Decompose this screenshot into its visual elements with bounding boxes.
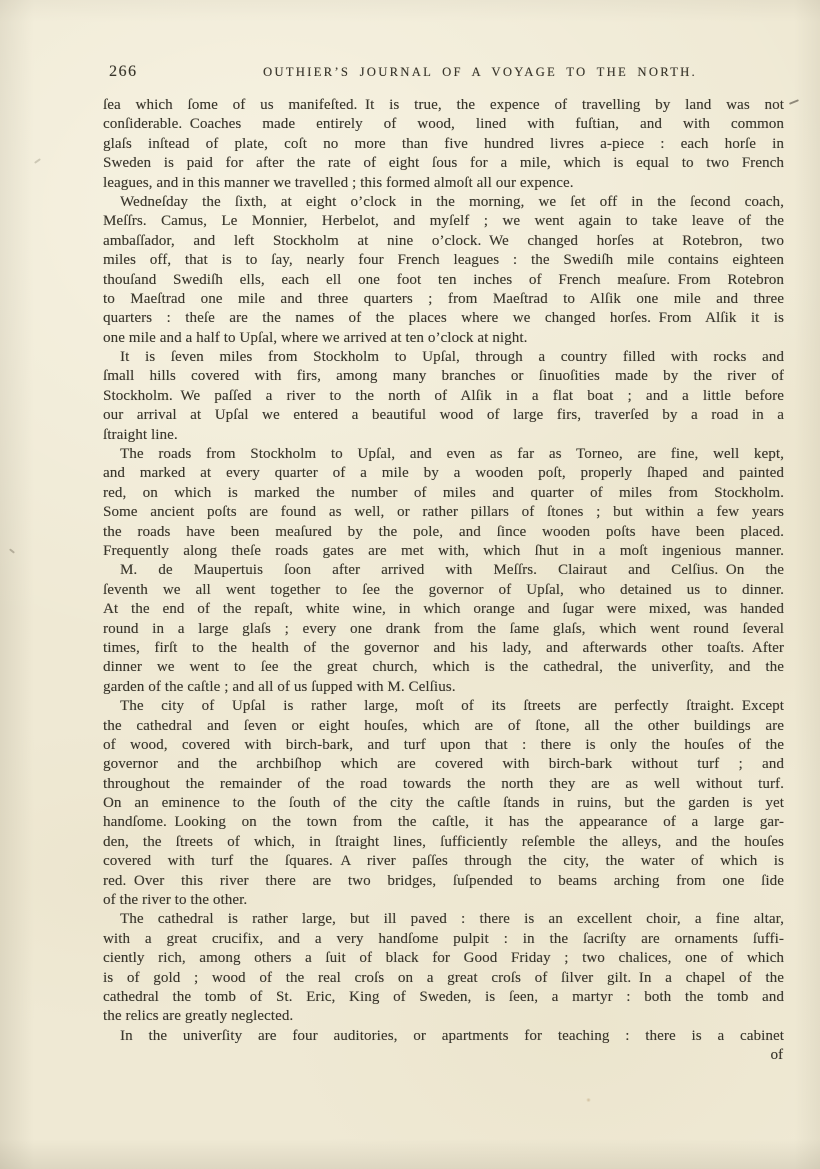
text-line: den, the ſtreets of which, in ſtraight l… <box>103 833 784 852</box>
text-line: ſeventh we all went together to ſee the … <box>103 581 784 600</box>
text-line: In the univerſity are four auditories, o… <box>103 1027 784 1046</box>
paragraph: The city of Upſal is rather large, moſt … <box>103 697 784 910</box>
text-line: Meſſrs. Camus, Le Monnier, Herbelot, and… <box>103 212 784 231</box>
text-line: the cathedral and ſeven or eight houſes,… <box>103 717 784 736</box>
text-line: to Maeſtrad one mile and three quarters … <box>103 290 784 309</box>
page-header: 266 OUTHIER’S JOURNAL OF A VOYAGE TO THE… <box>103 62 784 86</box>
paragraph: M. de Maupertuis ſoon after arrived with… <box>103 561 784 697</box>
paragraph: In the univerſity are four auditories, o… <box>103 1027 784 1046</box>
text-line: ciently rich, among others a ſuit of bla… <box>103 949 784 968</box>
text-line: It is ſeven miles from Stockholm to Upſa… <box>103 348 784 367</box>
book-page: 266 OUTHIER’S JOURNAL OF A VOYAGE TO THE… <box>0 0 820 1169</box>
text-line: ſtraight line. <box>103 426 784 445</box>
text-line: Some ancient poſts are found as well, or… <box>103 503 784 522</box>
text-line: The city of Upſal is rather large, moſt … <box>103 697 784 716</box>
text-line: On an eminence to the ſouth of the city … <box>103 794 784 813</box>
text-line: one mile and a half to Upſal, where we a… <box>103 329 784 348</box>
text-line: The cathedral is rather large, but ill p… <box>103 910 784 929</box>
text-line: ambaſſador, and left Stockholm at nine o… <box>103 232 784 251</box>
text-line: our arrival at Upſal we entered a beauti… <box>103 406 784 425</box>
text-line: leagues, and in this manner we travelled… <box>103 174 784 193</box>
body-text: ſea which ſome of us manifeſted. It is t… <box>103 96 784 1046</box>
text-line: ſmall hills covered with firs, among man… <box>103 367 784 386</box>
paragraph: The cathedral is rather large, but ill p… <box>103 910 784 1026</box>
text-line: is of gold ; wood of the real croſs on a… <box>103 969 784 988</box>
paper-stain <box>586 1098 591 1102</box>
text-line: governor and the archbiſhop which are co… <box>103 755 784 774</box>
text-line: The roads from Stockholm to Upſal, and e… <box>103 445 784 464</box>
text-line: times, firſt to the health of the govern… <box>103 639 784 658</box>
text-line: conſiderable. Coaches made entirely of w… <box>103 115 784 134</box>
running-title: OUTHIER’S JOURNAL OF A VOYAGE TO THE NOR… <box>263 65 697 80</box>
text-line: with a great crucifix, and a very handſo… <box>103 930 784 949</box>
ink-speck <box>34 158 41 164</box>
paragraph: Wedneſday the ſixth, at eight o’clock in… <box>103 193 784 348</box>
ink-speck <box>9 548 15 553</box>
catchword: of <box>771 1046 784 1065</box>
text-line: of wood, covered with birch-bark, and tu… <box>103 736 784 755</box>
text-line: the roads have been meaſured by the pole… <box>103 523 784 542</box>
text-line: thouſand Swediſh ells, each ell one foot… <box>103 271 784 290</box>
text-line: and marked at every quarter of a mile by… <box>103 464 784 483</box>
text-line: Frequently along theſe roads gates are m… <box>103 542 784 561</box>
text-line: M. de Maupertuis ſoon after arrived with… <box>103 561 784 580</box>
paragraph: The roads from Stockholm to Upſal, and e… <box>103 445 784 561</box>
text-line: At the end of the repaſt, white wine, in… <box>103 600 784 619</box>
ink-speck <box>789 99 799 105</box>
text-line: red, on which is marked the number of mi… <box>103 484 784 503</box>
text-line: handſome. Looking on the town from the c… <box>103 813 784 832</box>
text-line: round in a large glaſs ; every one drank… <box>103 620 784 639</box>
page-number: 266 <box>109 63 138 81</box>
text-line: ſea which ſome of us manifeſted. It is t… <box>103 96 784 115</box>
paragraph: ſea which ſome of us manifeſted. It is t… <box>103 96 784 193</box>
text-line: throughout the remainder of the road tow… <box>103 775 784 794</box>
text-line: miles off, that is to ſay, nearly four F… <box>103 251 784 270</box>
text-line: covered with turf the ſquares. A river p… <box>103 852 784 871</box>
paragraph: It is ſeven miles from Stockholm to Upſa… <box>103 348 784 445</box>
text-line: cathedral the tomb of St. Eric, King of … <box>103 988 784 1007</box>
text-line: Wedneſday the ſixth, at eight o’clock in… <box>103 193 784 212</box>
text-line: the relics are greatly neglected. <box>103 1007 784 1026</box>
text-line: quarters : theſe are the names of the pl… <box>103 309 784 328</box>
text-line: of the river to the other. <box>103 891 784 910</box>
text-line: Stockholm. We paſſed a river to the nort… <box>103 387 784 406</box>
text-line: glaſs inſtead of plate, coſt no more tha… <box>103 135 784 154</box>
text-line: Sweden is paid for after the rate of eig… <box>103 154 784 173</box>
text-line: garden of the caſtle ; and all of us ſup… <box>103 678 784 697</box>
text-line: red. Over this river there are two bridg… <box>103 872 784 891</box>
text-line: dinner we went to ſee the great church, … <box>103 658 784 677</box>
